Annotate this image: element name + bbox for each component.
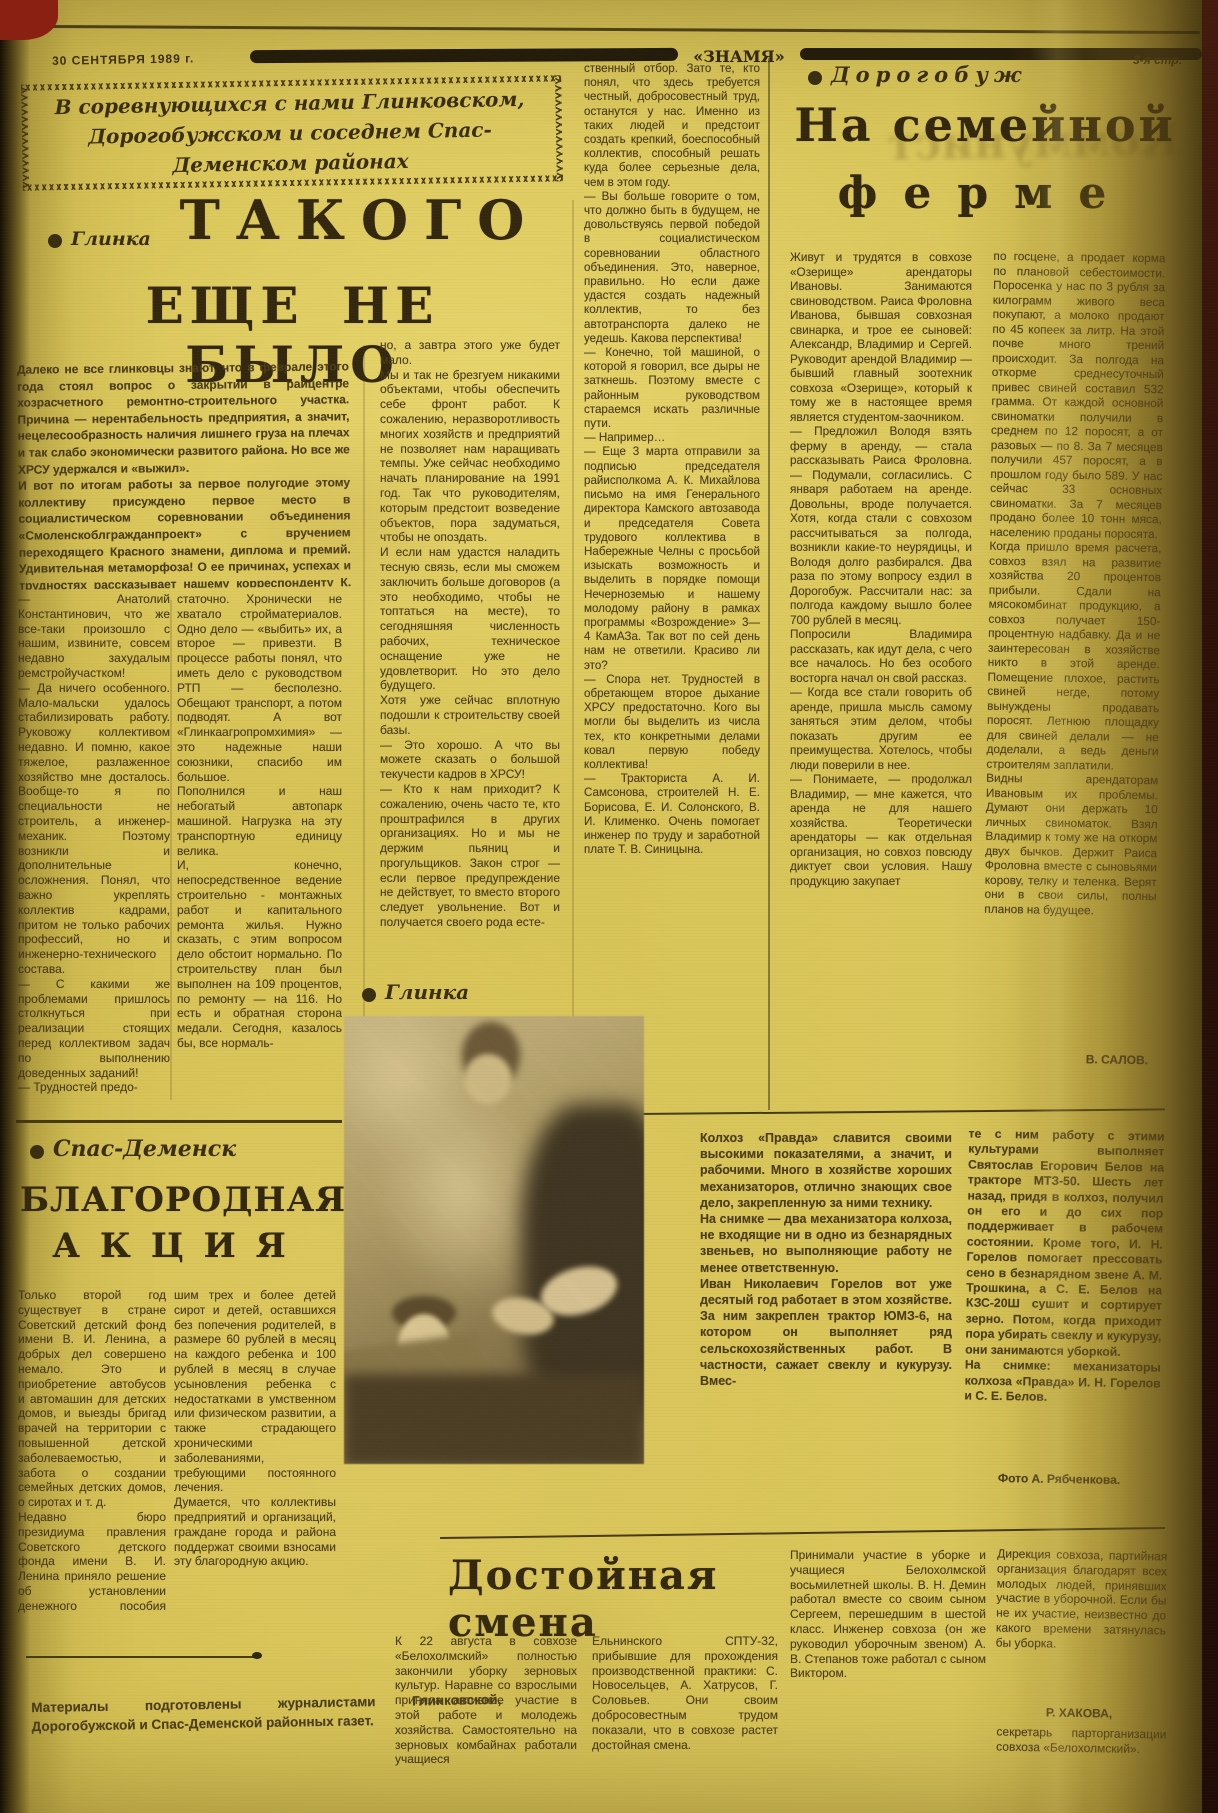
article-photo bbox=[344, 1016, 644, 1464]
section-label-spas-demensk: Спас-Деменск bbox=[30, 1136, 330, 1162]
footnote-rule bbox=[26, 1656, 254, 1658]
lead-box-text: В соревнующихся с нами Глинковском, Доро… bbox=[39, 84, 541, 185]
page-top-edge bbox=[40, 25, 1200, 34]
column-rule bbox=[572, 200, 574, 1105]
article-column: шим трех и более детей сирот и детей, ос… bbox=[174, 1288, 336, 1618]
top-left-red-corner bbox=[0, 0, 58, 40]
zigzag-border-left bbox=[21, 85, 29, 191]
article-column: — Анатолий Константинович, что же все-та… bbox=[18, 592, 170, 1107]
article-column: К 22 августа в совхозе «Белохолмский» по… bbox=[395, 1634, 577, 1810]
article-title-akcia-line2: АКЦИЯ bbox=[20, 1226, 338, 1266]
article-column: ственный отбор. Зато те, кто понял, что … bbox=[584, 62, 760, 1108]
section-label-dorogobuzh: Дорогобуж bbox=[808, 62, 1108, 87]
section-bullet-icon bbox=[808, 71, 822, 85]
section-label-text: Спас-Деменск bbox=[53, 1136, 236, 1162]
article-column: Принимали участие в уборке и учащиеся Бе… bbox=[790, 1548, 986, 1810]
photo-grain bbox=[344, 1016, 644, 1464]
article-column: по госцене, а продает корма по плановой … bbox=[982, 249, 1165, 1049]
article-column: Только второй год существует в стране Со… bbox=[18, 1288, 166, 1618]
article-title-ferma-line1: На семейной bbox=[785, 98, 1185, 152]
section-divider bbox=[440, 1527, 1165, 1539]
article-column: статочно. Хронически не хватало строймат… bbox=[177, 592, 342, 1107]
section-label-text: Глинка bbox=[71, 228, 151, 250]
column-rule bbox=[170, 600, 172, 1100]
photo-caption-column: Колхоз «Правда» славится своими высокими… bbox=[700, 1130, 952, 1504]
page-number: 3-я стр. bbox=[1133, 53, 1213, 67]
section-label-text: Дорогобуж bbox=[831, 62, 1027, 87]
article-column: Живут и трудятся в совхозе «Озерище» аре… bbox=[790, 250, 972, 1110]
article-signature: В. САЛОВ. bbox=[988, 1051, 1148, 1073]
zigzag-border-right bbox=[555, 75, 563, 181]
lead-box: В соревнующихся с нами Глинковском, Доро… bbox=[21, 75, 563, 190]
article-column: Дирекция совхоза, партийная организация … bbox=[995, 1547, 1168, 1702]
newspaper-page: Коммунист 30 СЕНТЯБРЯ 1989 г. «ЗНАМЯ» 3-… bbox=[0, 0, 1218, 1813]
article-signature-name: Р. ХАКОВА, bbox=[996, 1705, 1162, 1726]
masthead-rule-left bbox=[250, 48, 678, 63]
article-title-ferma-line2: ферме bbox=[785, 168, 1185, 219]
article-signature-role: секретарь парторганизации совхоза «Белох… bbox=[995, 1725, 1166, 1794]
article-column: Ельнинского СПТУ-32, прибывшие для прохо… bbox=[592, 1634, 778, 1810]
binder-edge bbox=[1202, 0, 1218, 1813]
section-bullet-icon bbox=[362, 988, 376, 1002]
section-divider bbox=[16, 1120, 342, 1123]
article-title-akcia-line1: БЛАГОРОДНАЯ bbox=[20, 1180, 338, 1220]
footnote-rule-ornament bbox=[252, 1652, 262, 1659]
article-lead: Далеко не все глинковцы знают, что в фев… bbox=[17, 358, 351, 589]
article-divider-rule bbox=[768, 58, 770, 1110]
section-bullet-icon bbox=[30, 1145, 44, 1159]
photo-caption-column: те с ним работу с этими культурами выпол… bbox=[963, 1126, 1164, 1467]
section-bullet-icon bbox=[48, 234, 62, 248]
article-title-takogo-line1: ТАКОГО bbox=[150, 188, 570, 252]
photo-credit: Фото А. Рябченкова. bbox=[966, 1471, 1152, 1494]
section-label-text: Глинка bbox=[385, 980, 469, 1004]
issue-date: 30 СЕНТЯБРЯ 1989 г. bbox=[52, 50, 262, 68]
section-label-glinka-2: Глинка bbox=[362, 980, 522, 1004]
article-title-smena: Достойная смена bbox=[448, 1552, 828, 1646]
